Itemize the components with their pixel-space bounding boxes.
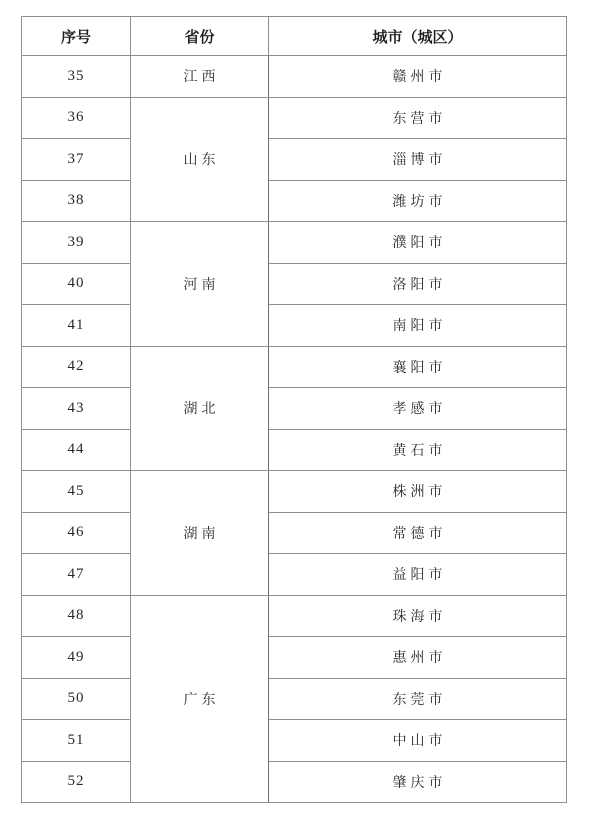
city-cell: 黄石市 xyxy=(269,429,567,471)
city-cell: 益阳市 xyxy=(269,554,567,596)
city-cell: 濮阳市 xyxy=(269,222,567,264)
table-row: 52 肇庆市 xyxy=(22,761,567,803)
row-index: 44 xyxy=(22,429,131,471)
city-cell: 株洲市 xyxy=(269,471,567,513)
row-index: 36 xyxy=(22,97,131,139)
city-cell: 肇庆市 xyxy=(269,761,567,803)
row-index: 37 xyxy=(22,139,131,181)
table-row: 37 淄博市 xyxy=(22,139,567,181)
table-row: 46 常德市 xyxy=(22,512,567,554)
table-row: 51 中山市 xyxy=(22,720,567,762)
header-province: 省份 xyxy=(131,17,269,56)
city-cell: 南阳市 xyxy=(269,305,567,347)
row-index: 52 xyxy=(22,761,131,803)
table-row: 39 河南 濮阳市 xyxy=(22,222,567,264)
city-cell: 惠州市 xyxy=(269,637,567,679)
header-index: 序号 xyxy=(22,17,131,56)
city-list-table: 序号 省份 城市（城区） 35 江西 赣州市 36 山东 东营市 37 淄博市 … xyxy=(21,16,567,803)
header-row: 序号 省份 城市（城区） xyxy=(22,17,567,56)
table-row: 41 南阳市 xyxy=(22,305,567,347)
province-cell: 山东 xyxy=(131,97,269,222)
table-row: 50 东莞市 xyxy=(22,678,567,720)
row-index: 50 xyxy=(22,678,131,720)
row-index: 49 xyxy=(22,637,131,679)
table-row: 42 湖北 襄阳市 xyxy=(22,346,567,388)
city-cell: 洛阳市 xyxy=(269,263,567,305)
row-index: 47 xyxy=(22,554,131,596)
table-row: 49 惠州市 xyxy=(22,637,567,679)
table-row: 40 洛阳市 xyxy=(22,263,567,305)
city-cell: 襄阳市 xyxy=(269,346,567,388)
table-row: 44 黄石市 xyxy=(22,429,567,471)
table-row: 36 山东 东营市 xyxy=(22,97,567,139)
row-index: 45 xyxy=(22,471,131,513)
province-cell: 广东 xyxy=(131,595,269,803)
table-row: 45 湖南 株洲市 xyxy=(22,471,567,513)
province-cell: 江西 xyxy=(131,56,269,98)
row-index: 43 xyxy=(22,388,131,430)
province-cell: 湖北 xyxy=(131,346,269,471)
row-index: 38 xyxy=(22,180,131,222)
city-cell: 东营市 xyxy=(269,97,567,139)
row-index: 41 xyxy=(22,305,131,347)
header-city: 城市（城区） xyxy=(269,17,567,56)
city-cell: 淄博市 xyxy=(269,139,567,181)
table-row: 35 江西 赣州市 xyxy=(22,56,567,98)
row-index: 39 xyxy=(22,222,131,264)
city-cell: 东莞市 xyxy=(269,678,567,720)
city-cell: 常德市 xyxy=(269,512,567,554)
city-cell: 孝感市 xyxy=(269,388,567,430)
city-cell: 潍坊市 xyxy=(269,180,567,222)
table-row: 43 孝感市 xyxy=(22,388,567,430)
row-index: 35 xyxy=(22,56,131,98)
table-row: 38 潍坊市 xyxy=(22,180,567,222)
province-cell: 湖南 xyxy=(131,471,269,596)
row-index: 40 xyxy=(22,263,131,305)
city-cell: 珠海市 xyxy=(269,595,567,637)
row-index: 42 xyxy=(22,346,131,388)
city-cell: 赣州市 xyxy=(269,56,567,98)
row-index: 51 xyxy=(22,720,131,762)
city-cell: 中山市 xyxy=(269,720,567,762)
row-index: 46 xyxy=(22,512,131,554)
row-index: 48 xyxy=(22,595,131,637)
table-row: 47 益阳市 xyxy=(22,554,567,596)
table-row: 48 广东 珠海市 xyxy=(22,595,567,637)
province-cell: 河南 xyxy=(131,222,269,347)
